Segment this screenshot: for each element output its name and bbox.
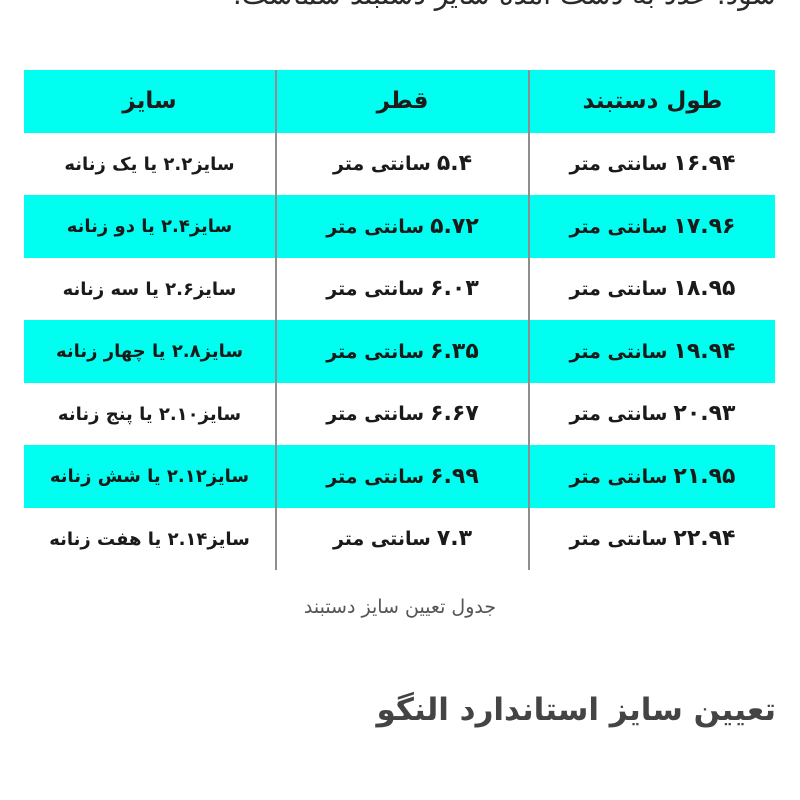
header-size: سایز (24, 70, 276, 133)
cell-diameter: ۵.۴سانتی متر (276, 133, 529, 196)
cell-size: سایز۲.۸ یا چهار زنانه (24, 320, 276, 383)
cell-length: ۲۰.۹۳سانتی متر (529, 383, 775, 446)
cell-size: سایز۲.۶ یا سه زنانه (24, 258, 276, 321)
section-heading: تعیین سایز استاندارد النگو (377, 692, 777, 728)
cell-diameter: ۶.۹۹سانتی متر (276, 445, 529, 508)
cell-size: سایز۲.۴ یا دو زنانه (24, 195, 276, 258)
table-row: ۱۷.۹۶سانتی متر ۵.۷۲سانتی متر سایز۲.۴ یا … (24, 195, 775, 258)
cell-length: ۲۱.۹۵سانتی متر (529, 445, 775, 508)
table-row: ۱۸.۹۵سانتی متر ۶.۰۳سانتی متر سایز۲.۶ یا … (24, 258, 775, 321)
cell-length: ۱۷.۹۶سانتی متر (529, 195, 775, 258)
bracelet-size-table: طول دستبند قطر سایز ۱۶.۹۴سانتی متر ۵.۴سا… (24, 70, 775, 570)
cell-diameter: ۶.۳۵سانتی متر (276, 320, 529, 383)
header-diameter: قطر (276, 70, 529, 133)
table-row: ۲۰.۹۳سانتی متر ۶.۶۷سانتی متر سایز۲.۱۰ یا… (24, 383, 775, 446)
table-row: ۱۹.۹۴سانتی متر ۶.۳۵سانتی متر سایز۲.۸ یا … (24, 320, 775, 383)
cell-length: ۲۲.۹۴سانتی متر (529, 508, 775, 571)
table-header-row: طول دستبند قطر سایز (24, 70, 775, 133)
cell-diameter: ۵.۷۲سانتی متر (276, 195, 529, 258)
article-page: شود. عدد به دست آمده سایز دستبند شماست. … (0, 0, 800, 800)
cell-diameter: ۶.۶۷سانتی متر (276, 383, 529, 446)
header-bracelet-length: طول دستبند (529, 70, 775, 133)
cell-size: سایز۲.۱۰ یا پنج زنانه (24, 383, 276, 446)
table-row: ۲۲.۹۴سانتی متر ۷.۳سانتی متر سایز۲.۱۴ یا … (24, 508, 775, 571)
table-row: ۱۶.۹۴سانتی متر ۵.۴سانتی متر سایز۲.۲ یا ی… (24, 133, 775, 196)
table-caption: جدول تعیین سایز دستبند (0, 596, 800, 618)
cell-length: ۱۶.۹۴سانتی متر (529, 133, 775, 196)
cell-diameter: ۶.۰۳سانتی متر (276, 258, 529, 321)
cell-size: سایز۲.۱۲ یا شش زنانه (24, 445, 276, 508)
cell-length: ۱۹.۹۴سانتی متر (529, 320, 775, 383)
cell-length: ۱۸.۹۵سانتی متر (529, 258, 775, 321)
intro-paragraph-clipped: شود. عدد به دست آمده سایز دستبند شماست. (233, 0, 776, 11)
cell-size: سایز۲.۲ یا یک زنانه (24, 133, 276, 196)
cell-size: سایز۲.۱۴ یا هفت زنانه (24, 508, 276, 571)
cell-diameter: ۷.۳سانتی متر (276, 508, 529, 571)
table-row: ۲۱.۹۵سانتی متر ۶.۹۹سانتی متر سایز۲.۱۲ یا… (24, 445, 775, 508)
